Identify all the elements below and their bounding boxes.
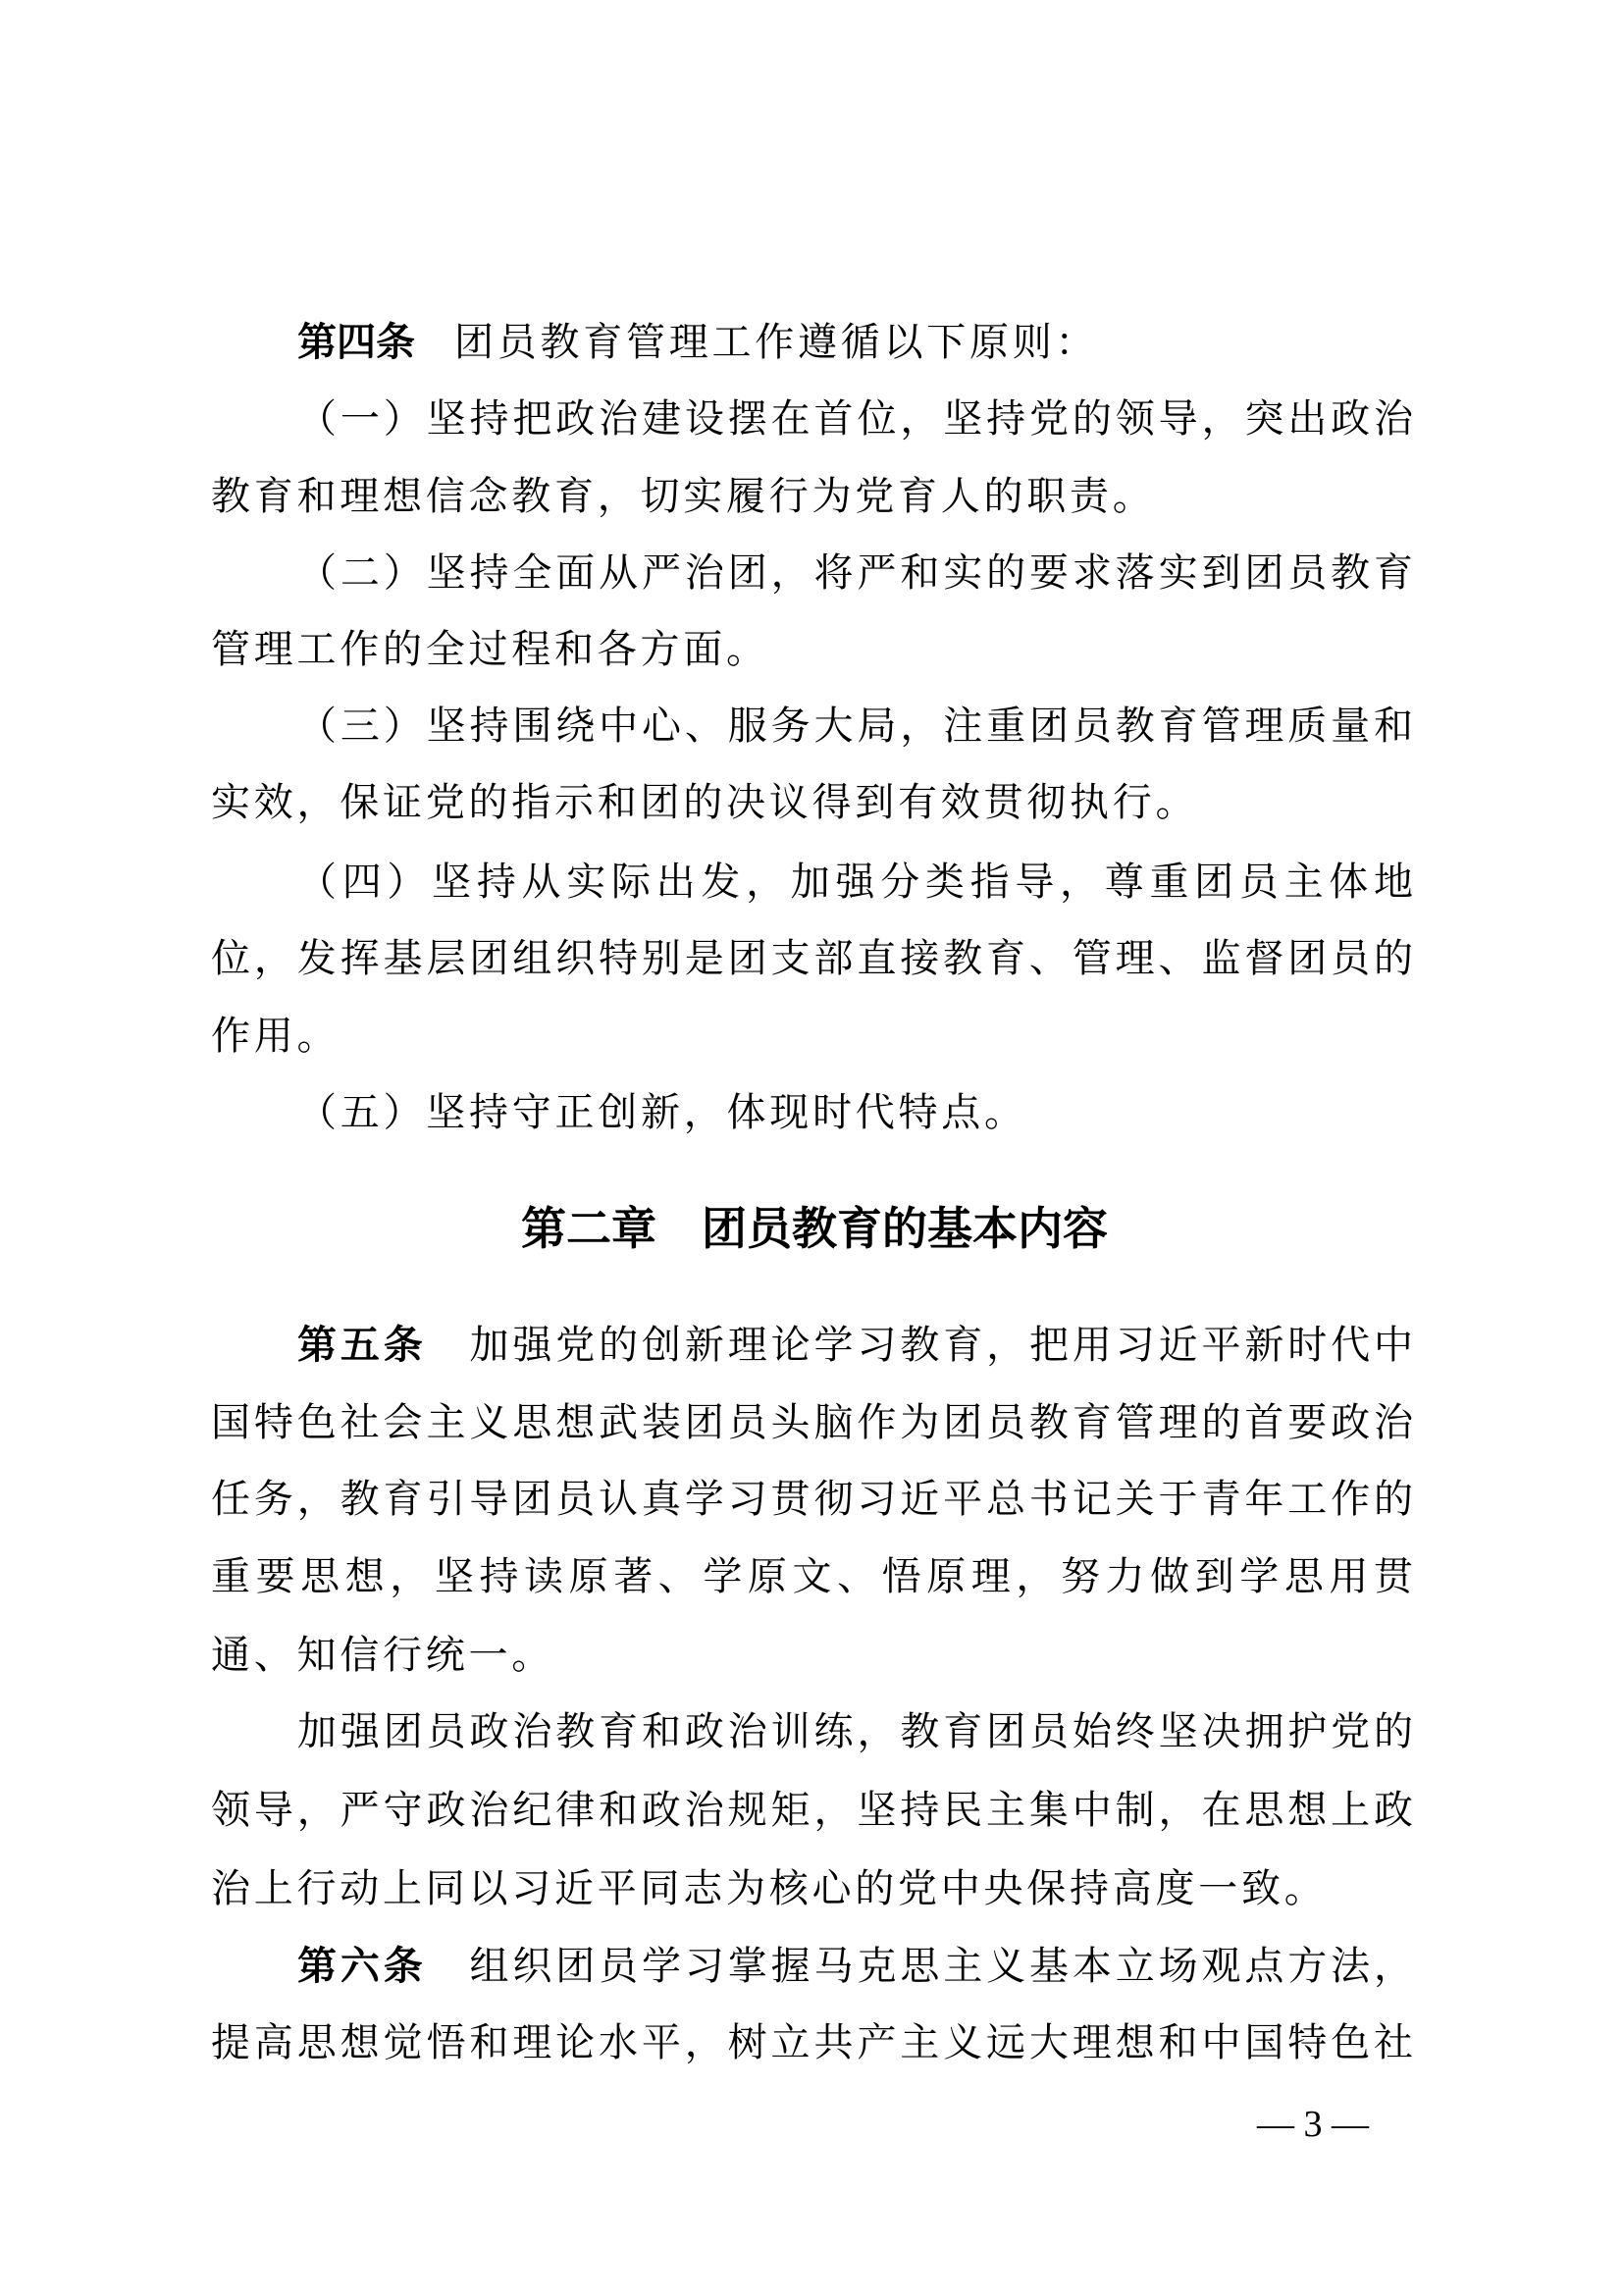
article-4-item-4-line-1: （四）坚持从实际出发，加强分类指导，尊重团员主体地 bbox=[297, 855, 1413, 910]
article-4-item-2-line-2: 管理工作的全过程和各方面。 bbox=[211, 622, 1413, 677]
article-text: 加强党的创新理论学习教育，把用习近平新时代中 bbox=[466, 1323, 1413, 1368]
article-5-para-2-line-2: 领导，严守政治纪律和政治规矩，坚持民主集中制，在思想上政 bbox=[211, 1783, 1413, 1838]
article-5-para-2-line-3: 治上行动上同以习近平同志为核心的党中央保持高度一致。 bbox=[211, 1861, 1413, 1916]
document-page: 第四条团员教育管理工作遵循以下原则： （一）坚持把政治建设摆在首位，坚持党的领导… bbox=[0, 0, 1623, 2296]
article-4-item-2-line-1: （二）坚持全面从严治团，将严和实的要求落实到团员教育 bbox=[297, 546, 1413, 600]
article-4-item-3-line-2: 实效，保证党的指示和团的决议得到有效贯彻执行。 bbox=[211, 775, 1413, 830]
article-text: 组织团员学习掌握马克思主义基本立场观点方法， bbox=[466, 1944, 1413, 1989]
article-4-item-1-line-2: 教育和理想信念教育，切实履行为党育人的职责。 bbox=[211, 469, 1413, 524]
article-label: 第四条 bbox=[297, 320, 415, 365]
chapter-number: 第二章 bbox=[521, 1202, 656, 1255]
article-text: 团员教育管理工作遵循以下原则： bbox=[454, 320, 1098, 365]
article-4-item-1-line-1: （一）坚持把政治建设摆在首位，坚持党的领导，突出政治 bbox=[297, 391, 1413, 446]
article-5-line-2: 国特色社会主义思想武装团员头脑作为团员教育管理的首要政治 bbox=[211, 1395, 1413, 1450]
article-4-item-3-line-1: （三）坚持围绕中心、服务大局，注重团员教育管理质量和 bbox=[297, 699, 1413, 754]
article-4-item-4-line-3: 作用。 bbox=[211, 1009, 1413, 1064]
article-5-line-4: 重要思想，坚持读原著、学原文、悟原理，努力做到学思用贯 bbox=[211, 1549, 1413, 1604]
article-6-line-1: 第六条组织团员学习掌握马克思主义基本立场观点方法， bbox=[297, 1939, 1413, 1994]
article-4-item-4-line-2: 位，发挥基层团组织特别是团支部直接教育、管理、监督团员的 bbox=[211, 931, 1413, 986]
page-number: — 3 — bbox=[1244, 2100, 1382, 2149]
article-6-line-2: 提高思想觉悟和理论水平，树立共产主义远大理想和中国特色社 bbox=[211, 2015, 1413, 2070]
article-4-item-5-line-1: （五）坚持守正创新，体现时代特点。 bbox=[297, 1085, 1413, 1140]
article-5-line-5: 通、知信行统一。 bbox=[211, 1628, 1413, 1683]
article-label: 第五条 bbox=[297, 1323, 427, 1368]
article-5-line-3: 任务，教育引导团员认真学习贯彻习近平总书记关于青年工作的 bbox=[211, 1472, 1413, 1527]
chapter-title: 团员教育的基本内容 bbox=[702, 1202, 1108, 1255]
article-label: 第六条 bbox=[297, 1944, 427, 1989]
article-5-line-1: 第五条加强党的创新理论学习教育，把用习近平新时代中 bbox=[297, 1318, 1413, 1373]
article-5-para-2-line-1: 加强团员政治教育和政治训练，教育团员始终坚决拥护党的 bbox=[297, 1704, 1413, 1759]
article-4-lead-line: 第四条团员教育管理工作遵循以下原则： bbox=[297, 315, 1413, 370]
chapter-heading: 第二章团员教育的基本内容 bbox=[0, 1199, 1623, 1258]
